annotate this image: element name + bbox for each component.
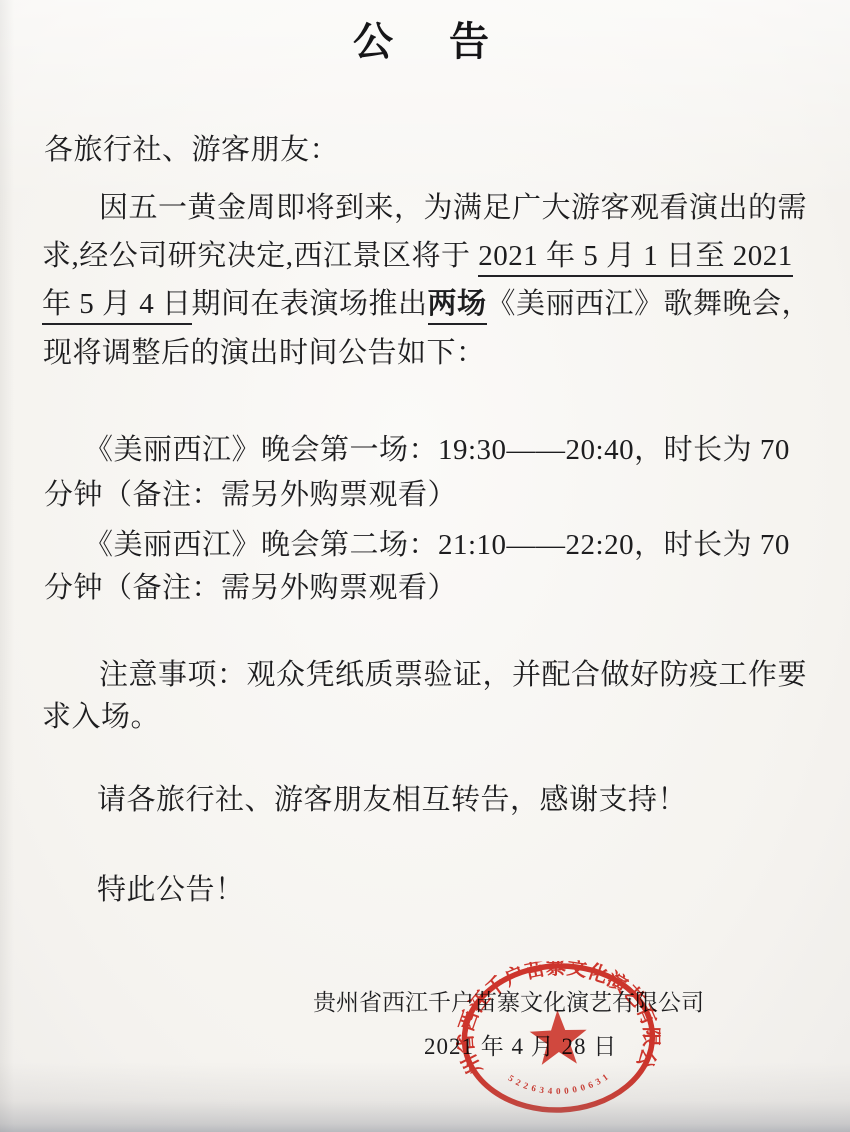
show1-note-text: 分钟（备注：需另外购票观看）	[44, 479, 457, 511]
svg-text:5226340000631: 5226340000631	[506, 1069, 613, 1098]
notice-text-end: 求入场。	[42, 701, 160, 733]
show1-schedule-line1: 《美丽西江》晚会第一场：19:30——20:40，时长为 70	[84, 434, 790, 467]
paragraph1-line3-text-end: 《美丽西江》歌舞晚会，	[487, 288, 812, 320]
show2-note-text: 分钟（备注：需另外购票观看）	[44, 572, 457, 604]
request-line: 请各旅行社、游客朋友相互转告，感谢支持！	[97, 784, 687, 817]
seal-serial-number: 5226340000631	[506, 1069, 613, 1098]
notice-text-start: 注意事项：观众凭纸质票验证，并配合做好防疫工作要	[99, 659, 807, 691]
paragraph1-line1: 因五一黄金周即将到来，为满足广大游客观看演出的需	[99, 192, 807, 225]
underlined-date-range-end: 年 5 月 4 日	[42, 288, 192, 325]
paragraph1-line3-text: 期间在表演场推出	[192, 288, 428, 320]
show1-schedule-line2: 分钟（备注：需另外购票观看）	[44, 479, 457, 512]
closing-line: 特此公告！	[97, 874, 245, 907]
seal-star-icon	[529, 1009, 588, 1065]
paragraph1-line3: 年 5 月 4 日期间在表演场推出两场《美丽西江》歌舞晚会，	[42, 288, 811, 321]
announcement-document: 公 告 各旅行社、游客朋友： 因五一黄金周即将到来，为满足广大游客观看演出的需 …	[0, 0, 850, 1132]
company-seal: 贵州省西江千户苗寨文化演艺有限公司 5226340000631	[453, 957, 663, 1124]
paragraph1-line2-text: 求,经公司研究决定,西江景区将于	[42, 240, 478, 272]
request-text: 请各旅行社、游客朋友相互转告，感谢支持！	[97, 784, 687, 816]
show2-schedule-line2: 分钟（备注：需另外购票观看）	[44, 572, 457, 605]
notice-line2: 求入场。	[42, 701, 160, 734]
notice-line1: 注意事项：观众凭纸质票验证，并配合做好防疫工作要	[99, 659, 807, 692]
salutation-line: 各旅行社、游客朋友：	[44, 134, 339, 167]
show2-schedule-line1: 《美丽西江》晚会第二场：21:10——22:20，时长为 70	[84, 529, 790, 562]
salutation-text: 各旅行社、游客朋友：	[44, 134, 339, 166]
show1-time-text: 《美丽西江》晚会第一场：19:30——20:40，时长为 70	[84, 434, 790, 466]
paragraph1-line4-text: 现将调整后的演出时间公告如下：	[43, 337, 486, 369]
paragraph1-line4: 现将调整后的演出时间公告如下：	[43, 337, 486, 370]
emphasized-two-shows: 两场	[428, 288, 487, 325]
show2-time-text: 《美丽西江》晚会第二场：21:10——22:20，时长为 70	[84, 529, 790, 561]
underlined-date-range-start: 2021 年 5 月 1 日至 2021	[478, 240, 793, 277]
page-title: 公 告	[0, 10, 850, 67]
paragraph1-line1-text: 因五一黄金周即将到来，为满足广大游客观看演出的需	[99, 192, 807, 224]
paragraph1-line2: 求,经公司研究决定,西江景区将于 2021 年 5 月 1 日至 2021	[42, 240, 793, 273]
closing-text: 特此公告！	[97, 874, 245, 906]
